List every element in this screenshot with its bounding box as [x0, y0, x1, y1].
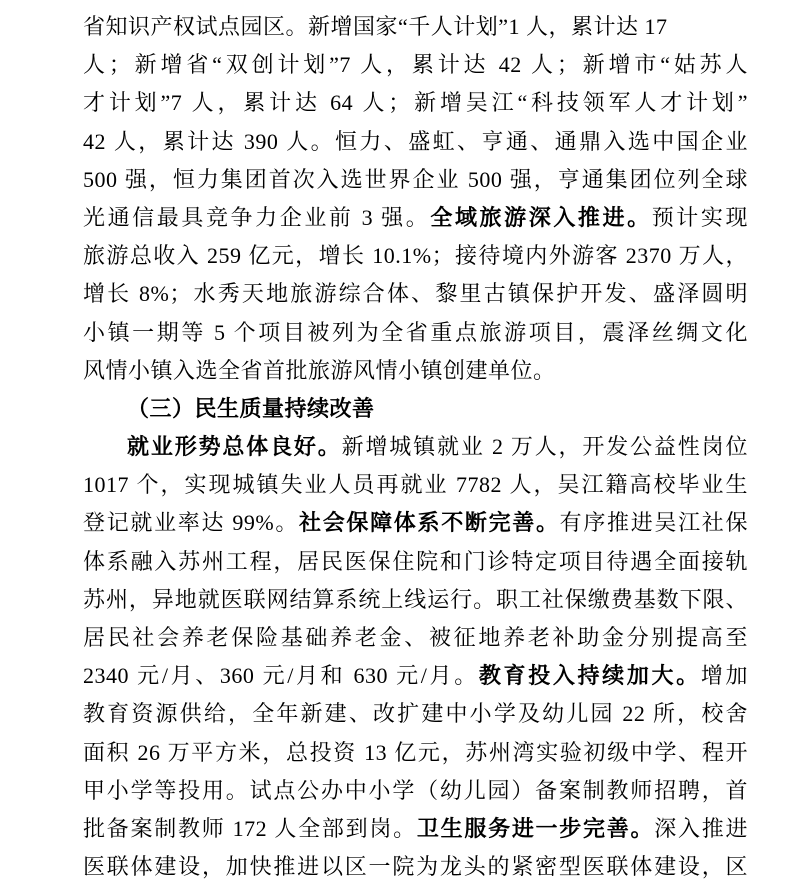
- text-line: 省知识产权试点园区。新增国家“千人计划”1 人，累计达 17: [83, 8, 748, 46]
- text-line: 教育资源供给，全年新建、改扩建中小学及幼儿园 22 所，校舍: [83, 695, 748, 733]
- text-segment: 新增城镇就业 2 万人，开发公益性岗位: [342, 434, 748, 459]
- text-segment: 人；新增省“双创计划”7 人，累计达 42 人；新增市“姑苏人: [83, 52, 748, 77]
- section-heading: （三）民生质量持续改善: [83, 390, 748, 428]
- text-segment: 医联体建设，加快推进以区一院为龙头的紧密型医联体建设，区: [83, 854, 748, 879]
- text-segment: 预计实现: [652, 205, 748, 230]
- text-line: 登记就业率达 99%。社会保障体系不断完善。有序推进吴江社保: [83, 504, 748, 542]
- text-segment: 省知识产权试点园区。新增国家“千人计划”1 人，累计达 17: [83, 14, 668, 39]
- text-line: 人；新增省“双创计划”7 人，累计达 42 人；新增市“姑苏人: [83, 46, 748, 84]
- text-segment: 风情小镇入选全省首批旅游风情小镇创建单位。: [83, 358, 556, 383]
- text-line: 体系融入苏州工程，居民医保住院和门诊特定项目待遇全面接轨: [83, 543, 748, 581]
- text-segment: 苏州，异地就医联网结算系统上线运行。职工社保缴费基数下限、: [83, 587, 748, 612]
- text-line: 批备案制教师 172 人全部到岗。卫生服务进一步完善。深入推进: [83, 810, 748, 848]
- text-segment: 批备案制教师 172 人全部到岗。: [83, 816, 417, 841]
- text-segment: 有序推进吴江社保: [560, 510, 748, 535]
- text-line: 小镇一期等 5 个项目被列为全省重点旅游项目，震泽丝绸文化: [83, 314, 748, 352]
- text-segment: 42 人，累计达 390 人。恒力、盛虹、亨通、通鼎入选中国企业: [83, 129, 748, 154]
- text-line: 2340 元/月、360 元/月和 630 元/月。教育投入持续加大。增加: [83, 657, 748, 695]
- text-segment: 小镇一期等 5 个项目被列为全省重点旅游项目，震泽丝绸文化: [83, 320, 748, 345]
- bold-run-in-heading: 教育投入持续加大。: [479, 663, 701, 688]
- bold-run-in-heading: 就业形势总体良好。: [127, 434, 342, 459]
- text-line: 才计划”7 人，累计达 64 人；新增吴江“科技领军人才计划”: [83, 84, 748, 122]
- text-segment: 深入推进: [654, 816, 748, 841]
- text-segment: 光通信最具竞争力企业前 3 强。: [83, 205, 430, 230]
- text-segment: 登记就业率达 99%。: [83, 510, 299, 535]
- text-line: 1017 个，实现城镇失业人员再就业 7782 人，吴江籍高校毕业生: [83, 466, 748, 504]
- text-segment: 体系融入苏州工程，居民医保住院和门诊特定项目待遇全面接轨: [83, 549, 748, 574]
- text-line: 苏州，异地就医联网结算系统上线运行。职工社保缴费基数下限、: [83, 581, 748, 619]
- text-line: 就业形势总体良好。新增城镇就业 2 万人，开发公益性岗位: [83, 428, 748, 466]
- text-line: 42 人，累计达 390 人。恒力、盛虹、亨通、通鼎入选中国企业: [83, 123, 748, 161]
- text-segment: 甲小学等投用。试点公办中小学（幼儿园）备案制教师招聘，首: [83, 778, 748, 803]
- document-body: 省知识产权试点园区。新增国家“千人计划”1 人，累计达 17人；新增省“双创计划…: [83, 8, 748, 886]
- text-line: 增长 8%；水秀天地旅游综合体、黎里古镇保护开发、盛泽圆明: [83, 275, 748, 313]
- bold-run-in-heading: （三）民生质量持续改善: [127, 396, 375, 421]
- text-segment: 500 强，恒力集团首次入选世界企业 500 强，亨通集团位列全球: [83, 167, 748, 192]
- text-segment: 增长 8%；水秀天地旅游综合体、黎里古镇保护开发、盛泽圆明: [83, 281, 748, 306]
- text-line: 面积 26 万平方米，总投资 13 亿元，苏州湾实验初级中学、程开: [83, 734, 748, 772]
- text-segment: 旅游总收入 259 亿元，增长 10.1%；接待境内外游客 2370 万人，: [83, 243, 748, 268]
- text-line: 医联体建设，加快推进以区一院为龙头的紧密型医联体建设，区: [83, 848, 748, 886]
- text-line: 旅游总收入 259 亿元，增长 10.1%；接待境内外游客 2370 万人，: [83, 237, 748, 275]
- text-segment: 增加: [701, 663, 748, 688]
- text-segment: 2340 元/月、360 元/月和 630 元/月。: [83, 663, 479, 688]
- bold-run-in-heading: 全域旅游深入推进。: [430, 205, 651, 230]
- text-line: 风情小镇入选全省首批旅游风情小镇创建单位。: [83, 352, 748, 390]
- text-segment: 居民社会养老保险基础养老金、被征地养老补助金分别提高至: [83, 625, 748, 650]
- text-segment: 教育资源供给，全年新建、改扩建中小学及幼儿园 22 所，校舍: [83, 701, 748, 726]
- text-line: 500 强，恒力集团首次入选世界企业 500 强，亨通集团位列全球: [83, 161, 748, 199]
- text-line: 居民社会养老保险基础养老金、被征地养老补助金分别提高至: [83, 619, 748, 657]
- text-line: 甲小学等投用。试点公办中小学（幼儿园）备案制教师招聘，首: [83, 772, 748, 810]
- text-line: 光通信最具竞争力企业前 3 强。全域旅游深入推进。预计实现: [83, 199, 748, 237]
- document-page: 省知识产权试点园区。新增国家“千人计划”1 人，累计达 17人；新增省“双创计划…: [0, 0, 793, 896]
- text-segment: 面积 26 万平方米，总投资 13 亿元，苏州湾实验初级中学、程开: [83, 740, 748, 765]
- bold-run-in-heading: 卫生服务进一步完善。: [417, 816, 654, 841]
- text-segment: 才计划”7 人，累计达 64 人；新增吴江“科技领军人才计划”: [83, 90, 748, 115]
- text-segment: 1017 个，实现城镇失业人员再就业 7782 人，吴江籍高校毕业生: [83, 472, 748, 497]
- bold-run-in-heading: 社会保障体系不断完善。: [299, 510, 560, 535]
